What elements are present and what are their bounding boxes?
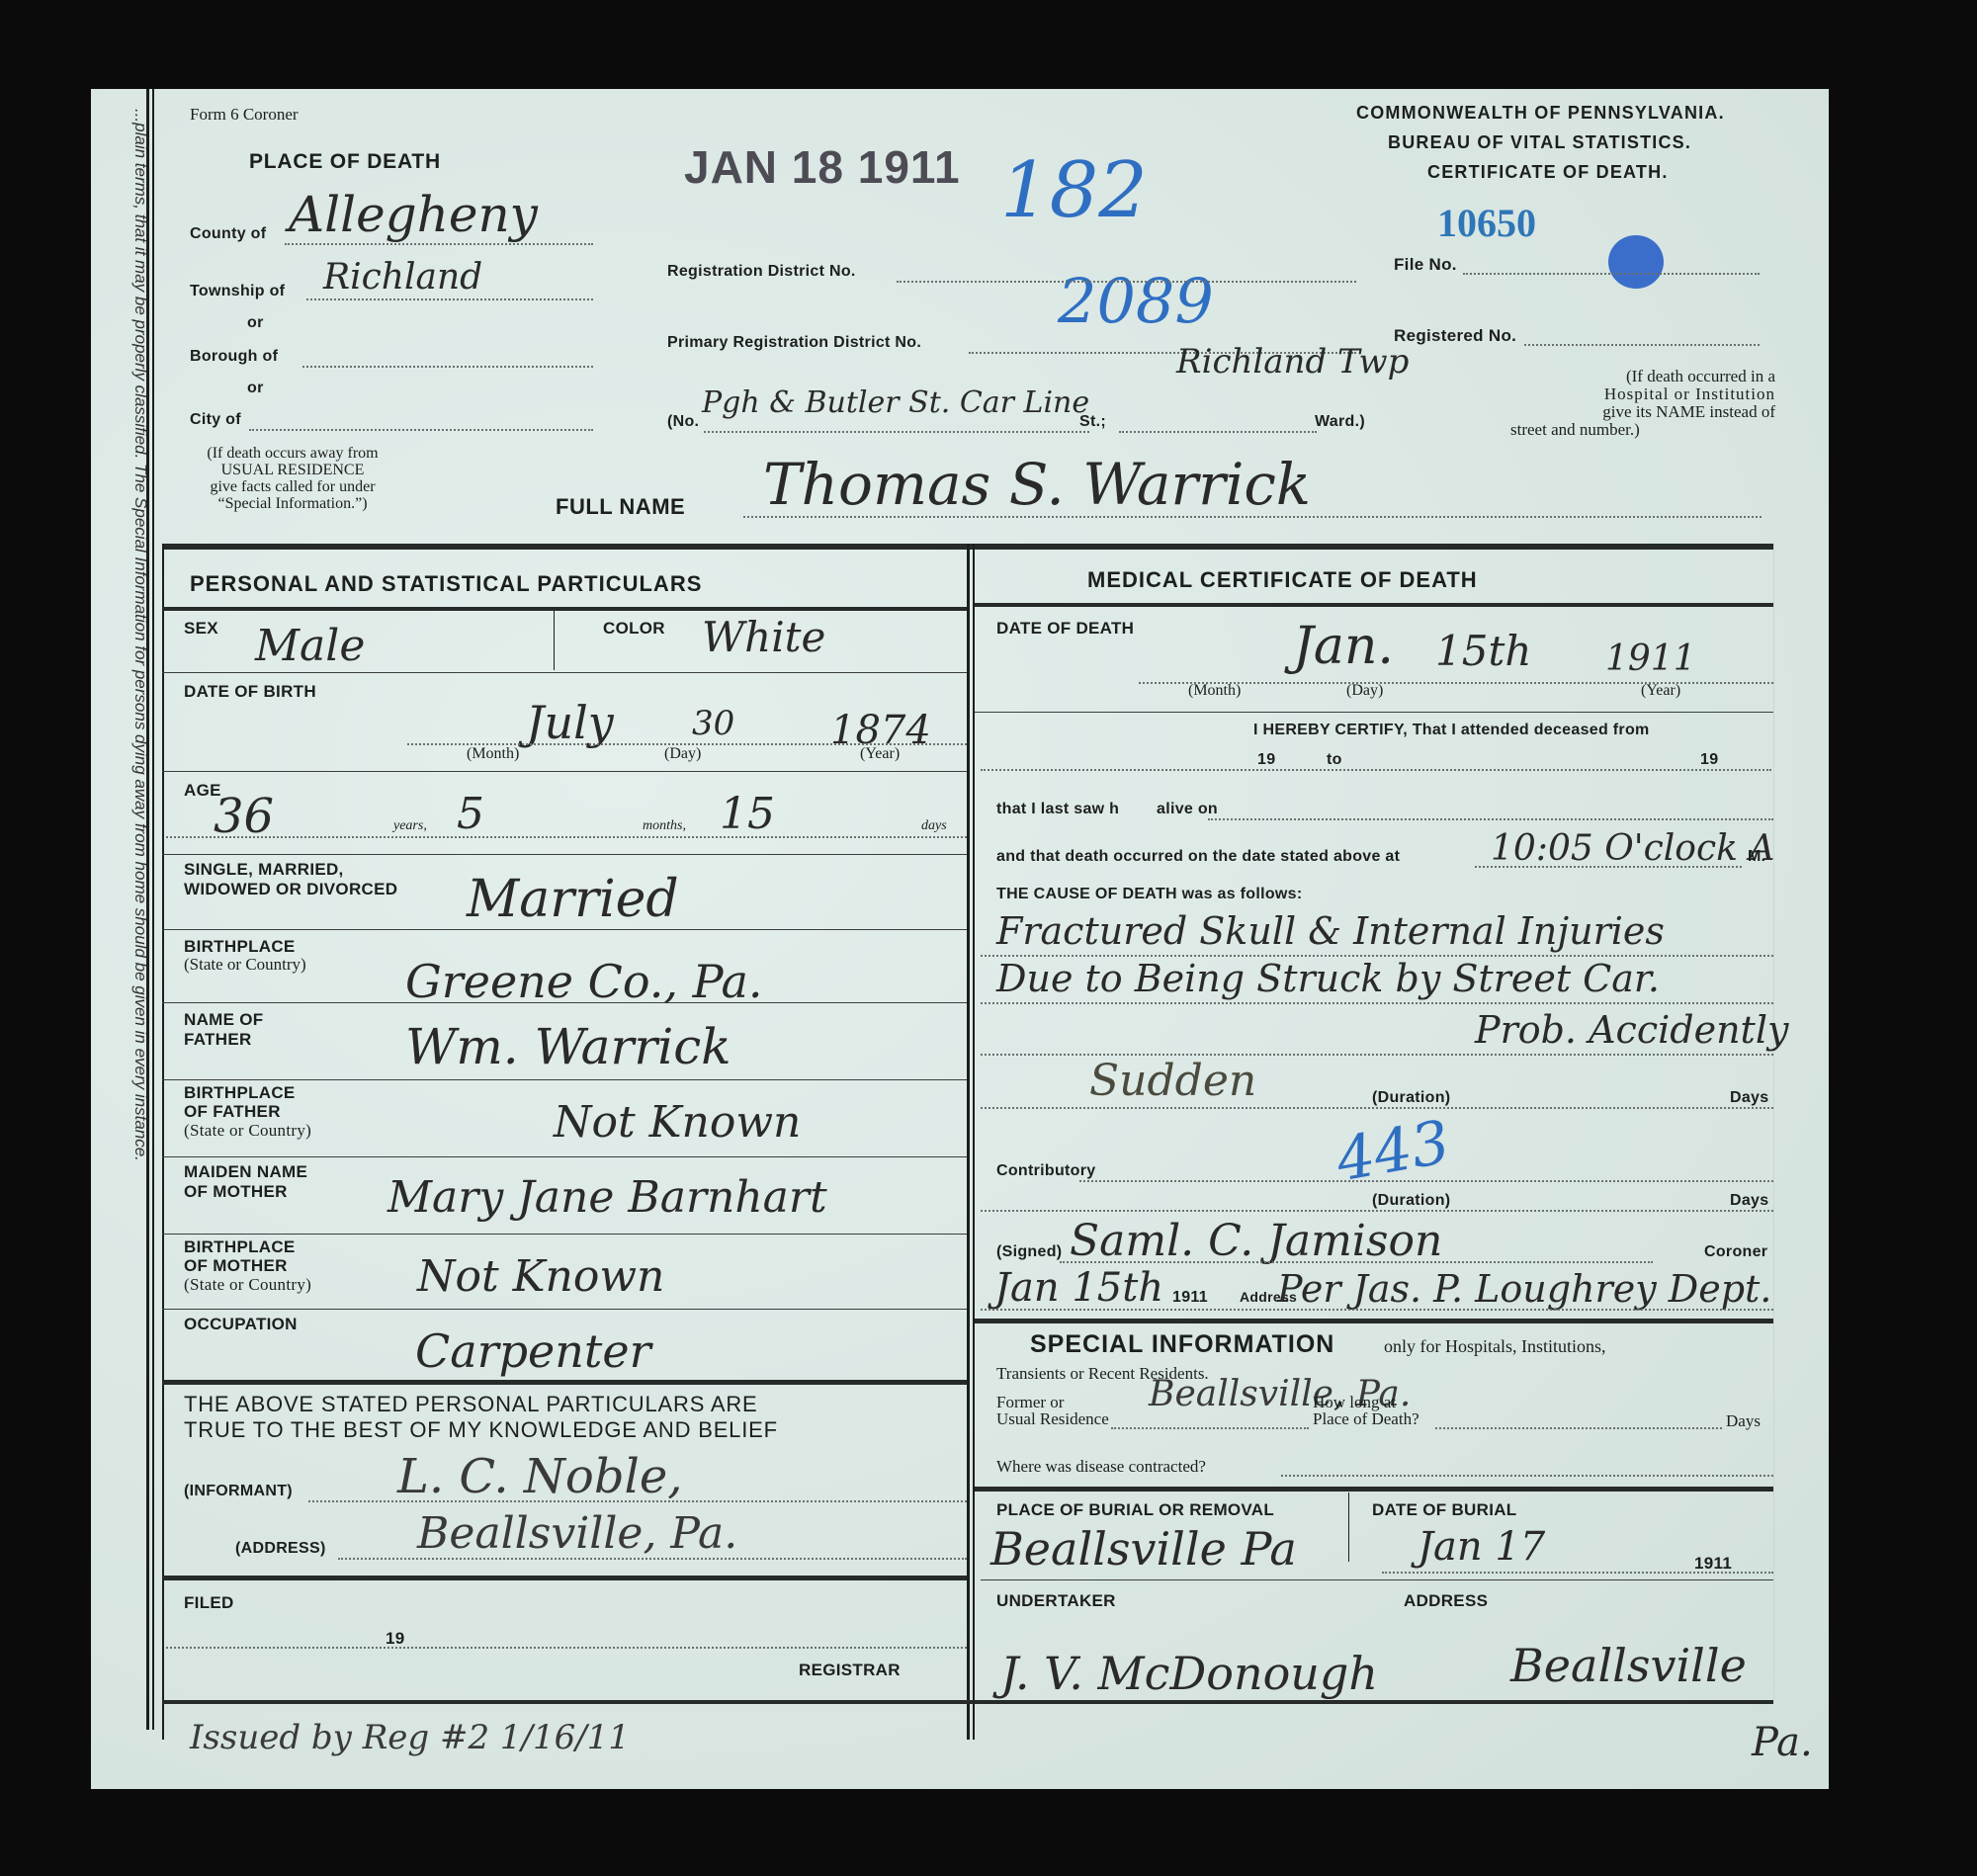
age-years-caption: years, <box>393 818 427 834</box>
or-1: or <box>247 314 264 332</box>
ward-value: Richland Twp <box>1176 342 1409 382</box>
age-days: 15 <box>720 789 775 839</box>
disease-contracted-line <box>1281 1475 1773 1477</box>
birthplace-label: BIRTHPLACE <box>184 937 296 957</box>
sex-label: SEX <box>184 619 218 639</box>
contributory-duration-line <box>981 1210 1773 1212</box>
age-line <box>166 836 967 838</box>
full-name-value: Thomas S. Warrick <box>763 451 1311 518</box>
days-label-2: Days <box>1730 1192 1768 1210</box>
father-birthplace-value: Not Known <box>554 1097 801 1148</box>
mother-label: MAIDEN NAME OF MOTHER <box>184 1162 307 1202</box>
to-year-prefix: 19 <box>1700 751 1718 769</box>
full-name-line <box>743 516 1762 518</box>
filed-line <box>166 1647 967 1649</box>
undertaker-address-value-2: Pa. <box>1752 1720 1813 1765</box>
special-bottom-rule <box>975 1487 1773 1492</box>
alive-on-text: alive on <box>1157 801 1218 818</box>
how-long-days: Days <box>1726 1411 1761 1431</box>
father-birthplace-label: BIRTHPLACE OF FATHER (State or Country) <box>184 1083 311 1140</box>
marital-value: Married <box>467 870 679 929</box>
right-edge <box>1773 544 1774 1702</box>
medical-bottom-rule <box>975 1319 1773 1323</box>
death-time-value: 10:05 O'clock A <box>1491 828 1774 869</box>
cause-line <box>981 1002 1773 1004</box>
dod-month-caption: (Month) <box>1188 682 1241 700</box>
street-line <box>704 431 1089 433</box>
ward-line <box>1119 431 1317 433</box>
attest-line: THE ABOVE STATED PERSONAL PARTICULARS AR… <box>184 1392 778 1417</box>
city-line <box>249 429 593 431</box>
row-rule <box>162 771 967 772</box>
registrar-label: REGISTRAR <box>799 1661 901 1680</box>
former-residence-line <box>1111 1427 1309 1429</box>
dob-month: July <box>526 696 614 749</box>
place-of-death-title: PLACE OF DEATH <box>249 150 441 174</box>
header-line-1: COMMONWEALTH OF PENNSYLVANIA. <box>1356 103 1725 124</box>
attest-rule <box>162 1576 967 1580</box>
file-no-line <box>1463 273 1760 275</box>
days-label: Days <box>1730 1089 1768 1107</box>
column-divider <box>967 544 970 1740</box>
registration-district-number: 182 <box>1000 146 1148 235</box>
ward-suffix: Ward.) <box>1315 413 1365 431</box>
street-suffix: St.; <box>1079 413 1106 431</box>
dod-year: 1911 <box>1605 639 1696 679</box>
seal-stamp <box>1608 235 1664 289</box>
dod-year-caption: (Year) <box>1641 682 1680 700</box>
dob-day: 30 <box>692 704 734 743</box>
label-line: BIRTHPLACE <box>184 1083 311 1102</box>
age-months-caption: months, <box>643 818 686 834</box>
label-line: MAIDEN NAME <box>184 1162 307 1182</box>
mother-birthplace-label: BIRTHPLACE OF MOTHER (State or Country) <box>184 1237 311 1294</box>
dod-day: 15th <box>1435 627 1531 675</box>
label-line: OF FATHER <box>184 1102 311 1121</box>
county-value: Allegheny <box>289 186 538 243</box>
signed-value: Saml. C. Jamison <box>1070 1216 1442 1266</box>
note-line: street and number.) <box>1506 421 1775 439</box>
row-rule <box>162 1002 967 1003</box>
note-line: give facts called for under <box>188 478 397 495</box>
death-time-text: and that death occurred on the date stat… <box>996 848 1400 866</box>
signed-label: (Signed) <box>996 1243 1062 1261</box>
medical-title: MEDICAL CERTIFICATE OF DEATH <box>1087 567 1478 593</box>
duration-label-2: (Duration) <box>1372 1192 1450 1210</box>
received-date-stamp: JAN 18 1911 <box>684 140 961 194</box>
attest-line: TRUE TO THE BEST OF MY KNOWLEDGE AND BEL… <box>184 1417 778 1443</box>
label-line: SINGLE, MARRIED, <box>184 860 397 880</box>
note-line: give its NAME instead of <box>1506 403 1775 421</box>
signed-date: Jan 15th <box>994 1265 1163 1311</box>
township-label: Township of <box>190 283 285 300</box>
label-line: OF MOTHER <box>184 1182 307 1202</box>
dod-day-caption: (Day) <box>1346 682 1383 700</box>
street-value: Pgh & Butler St. Car Line <box>702 385 1089 420</box>
burial-place-value: Beallsville Pa <box>990 1522 1297 1576</box>
street-prefix: (No. <box>667 413 699 431</box>
signed-year: 1911 <box>1172 1289 1208 1307</box>
special-info-subtitle: only for Hospitals, Institutions, <box>1384 1336 1606 1357</box>
county-label: County of <box>190 225 266 243</box>
age-days-caption: days <box>921 818 947 834</box>
label-line: FATHER <box>184 1030 263 1050</box>
undertaker-value: J. V. McDonough <box>1000 1647 1378 1700</box>
contributory-label: Contributory <box>996 1162 1095 1180</box>
undertaker-address-label: ADDRESS <box>1404 1591 1488 1611</box>
header-line-2: BUREAU OF VITAL STATISTICS. <box>1388 132 1691 153</box>
attest-statement: THE ABOVE STATED PERSONAL PARTICULARS AR… <box>184 1392 778 1443</box>
from-year-prefix: 19 <box>1257 751 1275 769</box>
death-certificate: ...plain terms, that it may be properly … <box>91 89 1829 1789</box>
row-rule <box>162 1079 967 1080</box>
label-line: NAME OF <box>184 1010 263 1030</box>
occupation-rule <box>162 1380 967 1385</box>
cause-line-1: Fractured Skull & Internal Injuries <box>996 909 1665 953</box>
duration-line <box>981 1107 1773 1109</box>
dob-year-caption: (Year) <box>860 745 900 763</box>
label-line: (State or Country) <box>184 1275 311 1294</box>
personal-title: PERSONAL AND STATISTICAL PARTICULARS <box>190 571 702 597</box>
marital-label: SINGLE, MARRIED, WIDOWED OR DIVORCED <box>184 860 397 899</box>
alive-on-line <box>1208 818 1773 820</box>
row-rule <box>162 854 967 855</box>
color-label: COLOR <box>603 619 665 639</box>
label-line: Former or <box>996 1394 1109 1410</box>
header-line-3: CERTIFICATE OF DEATH. <box>1427 162 1669 183</box>
registered-no-line <box>1524 344 1760 346</box>
duration-label: (Duration) <box>1372 1089 1450 1107</box>
birthplace-sub: (State or Country) <box>184 955 306 975</box>
sex-color-divider <box>554 611 555 670</box>
informant-value: L. C. Noble, <box>397 1449 683 1504</box>
bottom-rule <box>162 1700 1773 1704</box>
row-rule <box>162 1234 967 1235</box>
medical-title-rule <box>975 603 1773 607</box>
to-label: to <box>1327 751 1342 769</box>
last-saw-text: that I last saw h <box>996 801 1119 818</box>
away-from-residence-note: (If death occurs away from USUAL RESIDEN… <box>188 445 397 512</box>
file-number: 10650 <box>1437 200 1536 246</box>
certify-text: I HEREBY CERTIFY, That I attended deceas… <box>1253 722 1650 739</box>
signed-line <box>1060 1261 1653 1263</box>
undertaker-label: UNDERTAKER <box>996 1591 1116 1611</box>
full-name-label: FULL NAME <box>556 494 685 520</box>
label-line: Usual Residence <box>996 1410 1109 1427</box>
burial-divider <box>1348 1492 1349 1562</box>
coroner-label: Coroner <box>1704 1243 1767 1261</box>
death-time-line <box>1475 866 1742 868</box>
township-line <box>306 298 593 300</box>
informant-line <box>308 1500 967 1502</box>
dob-label: DATE OF BIRTH <box>184 682 316 702</box>
attended-line <box>981 769 1771 771</box>
dod-month: Jan. <box>1293 617 1394 676</box>
note-line: (If death occurs away from <box>188 445 397 462</box>
cause-label: THE CAUSE OF DEATH was as follows: <box>996 886 1303 903</box>
color-value: White <box>702 613 825 661</box>
coroner-address-line <box>981 1309 1773 1311</box>
primary-registration-district-number: 2089 <box>1058 265 1214 337</box>
special-info-title: SPECIAL INFORMATION <box>1030 1330 1334 1359</box>
note-line: Hospital or Institution <box>1506 385 1775 403</box>
blue-annotation-number: 443 <box>1332 1108 1455 1196</box>
or-2: or <box>247 380 264 397</box>
birthplace-value: Greene Co., Pa. <box>405 955 763 1008</box>
borough-line <box>302 366 593 368</box>
mother-value: Mary Jane Barnhart <box>387 1172 827 1223</box>
personal-title-rule <box>162 607 967 611</box>
row-rule <box>162 1156 967 1157</box>
cause-line-4: Sudden <box>1089 1056 1256 1106</box>
county-line <box>285 243 593 245</box>
registration-district-line <box>897 281 1356 283</box>
form-id: Form 6 Coroner <box>190 105 299 125</box>
issued-note: Issued by Reg #2 1/16/11 <box>190 1718 630 1757</box>
label-line: Place of Death? <box>1313 1410 1419 1427</box>
dob-month-caption: (Month) <box>467 745 519 763</box>
column-divider-inner <box>973 544 975 1740</box>
hospital-note: (If death occurred in a Hospital or Inst… <box>1506 368 1775 439</box>
death-time-suffix: M. <box>1748 848 1765 866</box>
burial-date-label: DATE OF BURIAL <box>1372 1500 1516 1520</box>
left-border <box>146 89 149 1730</box>
city-label: City of <box>190 411 241 429</box>
age-months: 5 <box>457 789 484 839</box>
note-line: “Special Information.”) <box>188 495 397 512</box>
note-line: (If death occurred in a <box>1506 368 1775 385</box>
row-rule <box>975 712 1773 713</box>
informant-address-line <box>338 1558 967 1560</box>
how-long-label: How long at Place of Death? <box>1313 1394 1419 1427</box>
row-rule <box>162 929 967 930</box>
filed-year-prefix: 19 <box>386 1629 405 1649</box>
informant-address-value: Beallsville, Pa. <box>417 1508 737 1559</box>
label-line: BIRTHPLACE <box>184 1237 311 1256</box>
coroner-address-value: Per Jas. P. Loughrey Dept. <box>1277 1267 1771 1311</box>
how-long-line <box>1435 1427 1722 1429</box>
cause-line-3: Prob. Accidently <box>1475 1008 1788 1052</box>
burial-year: 1911 <box>1694 1554 1732 1574</box>
primary-registration-district-label: Primary Registration District No. <box>667 334 921 352</box>
disease-contracted-label: Where was disease contracted? <box>996 1457 1206 1477</box>
occupation-value: Carpenter <box>415 1324 651 1378</box>
row-rule <box>162 1309 967 1310</box>
father-label: NAME OF FATHER <box>184 1010 263 1050</box>
left-column-border <box>162 544 164 1740</box>
burial-date-value: Jan 17 <box>1418 1524 1545 1570</box>
registration-district-label: Registration District No. <box>667 263 856 281</box>
sex-value: Male <box>255 621 365 671</box>
informant-label: (INFORMANT) <box>184 1483 293 1500</box>
borough-label: Borough of <box>190 348 278 366</box>
label-line: (State or Country) <box>184 1121 311 1140</box>
township-value: Richland <box>323 257 482 298</box>
registered-no-label: Registered No. <box>1394 326 1516 346</box>
left-border-inner <box>152 89 154 1730</box>
filed-label: FILED <box>184 1593 234 1613</box>
cause-line-2: Due to Being Struck by Street Car. <box>996 957 1660 1000</box>
former-residence-label: Former or Usual Residence <box>996 1394 1109 1427</box>
father-value: Wm. Warrick <box>405 1018 731 1075</box>
mother-birthplace-value: Not Known <box>417 1251 664 1302</box>
occupation-label: OCCUPATION <box>184 1315 298 1334</box>
file-no-label: File No. <box>1394 255 1457 275</box>
undertaker-address-value: Beallsville <box>1510 1639 1747 1692</box>
note-line: USUAL RESIDENCE <box>188 462 397 478</box>
informant-address-label: (ADDRESS) <box>235 1540 326 1558</box>
burial-place-label: PLACE OF BURIAL OR REMOVAL <box>996 1500 1274 1520</box>
label-line: WIDOWED OR DIVORCED <box>184 880 397 899</box>
label-line: OF MOTHER <box>184 1256 311 1275</box>
row-rule <box>981 1579 1773 1580</box>
dod-label: DATE OF DEATH <box>996 619 1134 639</box>
dob-day-caption: (Day) <box>664 745 701 763</box>
label-line: How long at <box>1313 1394 1419 1410</box>
row-rule <box>162 672 967 673</box>
